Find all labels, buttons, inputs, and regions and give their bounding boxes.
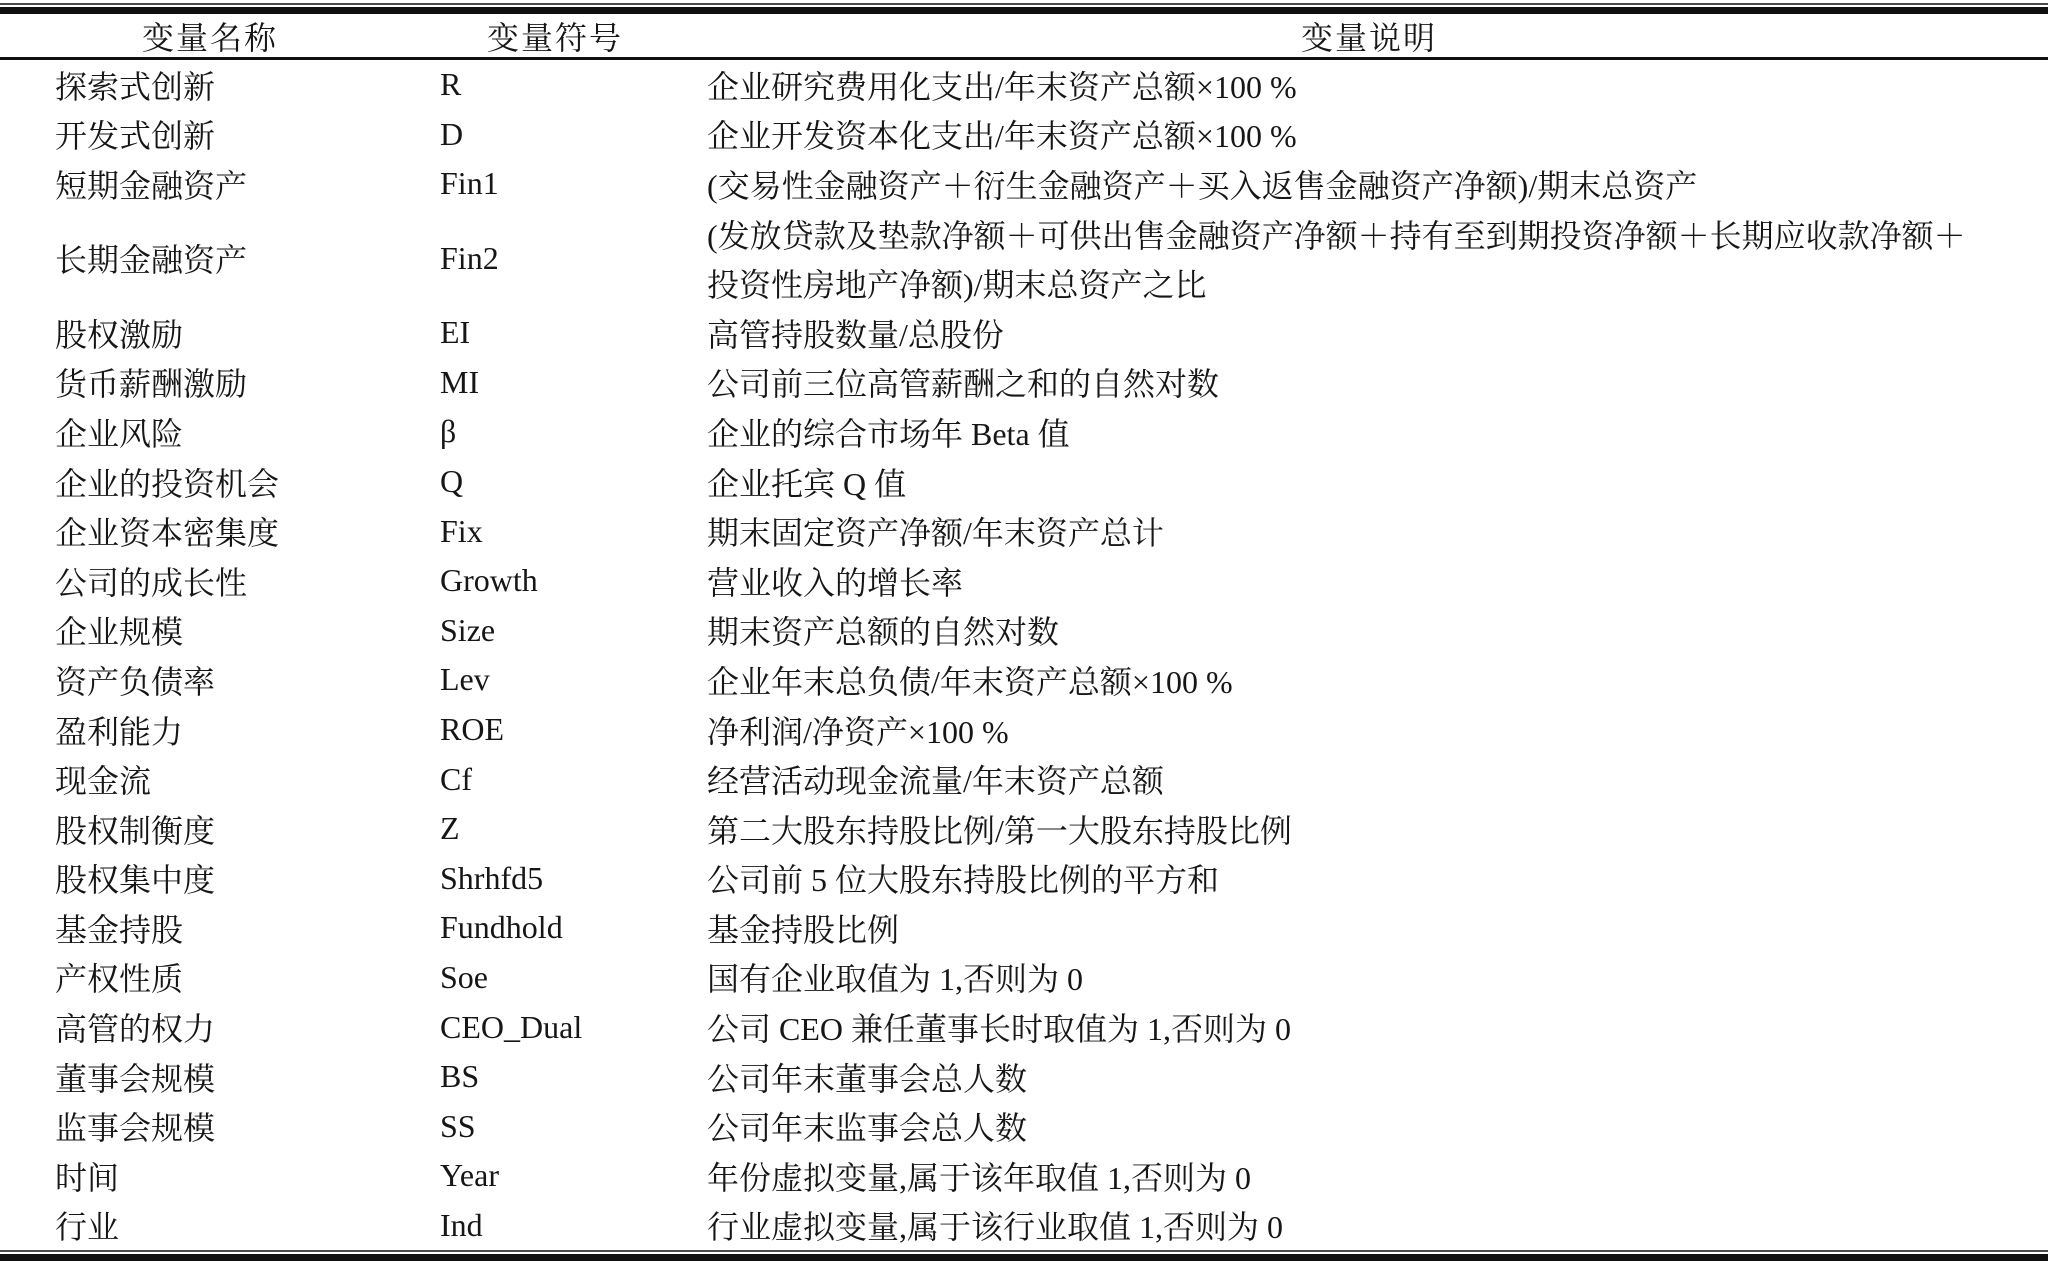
variable-name: 基金持股	[0, 905, 420, 951]
variable-definition-table-page: 变量名称 变量符号 变量说明 探索式创新 R 企业研究费用化支出/年末资产总额×…	[0, 0, 2048, 1264]
variable-description: 净利润/净资产×100 %	[690, 707, 2048, 753]
table-row: 长期金融资产 Fin2 (发放贷款及垫款净额＋可供出售金融资产净额＋持有至到期投…	[0, 209, 2048, 308]
variable-description: 企业研究费用化支出/年末资产总额×100 %	[690, 62, 2048, 108]
header-variable-name: 变量名称	[0, 13, 420, 59]
table-row: 股权激励 EI 高管持股数量/总股份	[0, 308, 2048, 358]
variable-symbol: Fin1	[420, 165, 690, 202]
variable-description: 年份虚拟变量,属于该年取值 1,否则为 0	[690, 1153, 2048, 1199]
variable-description: 公司年末董事会总人数	[690, 1054, 2048, 1100]
variable-description: 营业收入的增长率	[690, 558, 2048, 604]
table-row: 公司的成长性 Growth 营业收入的增长率	[0, 556, 2048, 606]
variable-name: 高管的权力	[0, 1004, 420, 1050]
variable-name: 公司的成长性	[0, 558, 420, 604]
table-row: 探索式创新 R 企业研究费用化支出/年末资产总额×100 %	[0, 60, 2048, 110]
table-row: 基金持股 Fundhold 基金持股比例	[0, 903, 2048, 953]
variable-symbol: Fin2	[420, 240, 690, 277]
variable-symbol: Size	[420, 612, 690, 649]
variable-description: 期末固定资产净额/年末资产总计	[690, 508, 2048, 554]
variable-description: 公司年末监事会总人数	[690, 1103, 2048, 1149]
table-row: 董事会规模 BS 公司年末董事会总人数	[0, 1052, 2048, 1102]
table-row: 时间 Year 年份虚拟变量,属于该年取值 1,否则为 0	[0, 1151, 2048, 1201]
variable-description: 第二大股东持股比例/第一大股东持股比例	[690, 806, 2048, 852]
bottom-thick-line	[0, 1254, 2048, 1261]
variable-description: (发放贷款及垫款净额＋可供出售金融资产净额＋持有至到期投资净额＋长期应收款净额＋…	[690, 209, 2048, 308]
variable-description: 期末资产总额的自然对数	[690, 607, 2048, 653]
table-row: 盈利能力 ROE 净利润/净资产×100 %	[0, 705, 2048, 755]
variable-name: 时间	[0, 1153, 420, 1199]
variable-name: 企业规模	[0, 607, 420, 653]
description-line-1: (发放贷款及垫款净额＋可供出售金融资产净额＋持有至到期投资净额＋长期应收款净额＋	[707, 209, 2023, 259]
variable-name: 董事会规模	[0, 1054, 420, 1100]
variable-name: 资产负债率	[0, 657, 420, 703]
variable-name: 短期金融资产	[0, 161, 420, 207]
header-variable-symbol: 变量符号	[420, 13, 690, 59]
variable-description: 公司前 5 位大股东持股比例的平方和	[690, 855, 2048, 901]
variable-name: 股权制衡度	[0, 806, 420, 852]
variable-symbol: Fundhold	[420, 909, 690, 946]
variable-name: 企业的投资机会	[0, 459, 420, 505]
variable-name: 长期金融资产	[0, 235, 420, 281]
variable-name: 产权性质	[0, 954, 420, 1000]
table-row: 现金流 Cf 经营活动现金流量/年末资产总额	[0, 754, 2048, 804]
variable-description: 企业开发资本化支出/年末资产总额×100 %	[690, 111, 2048, 157]
variable-description: 经营活动现金流量/年末资产总额	[690, 756, 2048, 802]
variable-symbol: MI	[420, 364, 690, 401]
variable-description: (交易性金融资产＋衍生金融资产＋买入返售金融资产净额)/期末总资产	[690, 161, 2048, 207]
table-row: 股权制衡度 Z 第二大股东持股比例/第一大股东持股比例	[0, 804, 2048, 854]
table-row: 短期金融资产 Fin1 (交易性金融资产＋衍生金融资产＋买入返售金融资产净额)/…	[0, 159, 2048, 209]
variable-name: 企业风险	[0, 409, 420, 455]
variable-symbol: BS	[420, 1058, 690, 1095]
variable-symbol: β	[420, 413, 690, 450]
variable-name: 行业	[0, 1202, 420, 1248]
variable-name: 探索式创新	[0, 62, 420, 108]
variable-symbol: ROE	[420, 711, 690, 748]
table-row: 股权集中度 Shrhfd5 公司前 5 位大股东持股比例的平方和	[0, 854, 2048, 904]
variable-symbol: Growth	[420, 562, 690, 599]
variable-description: 企业的综合市场年 Beta 值	[690, 409, 2048, 455]
variable-name: 股权激励	[0, 310, 420, 356]
table-row: 企业的投资机会 Q 企业托宾 Q 值	[0, 457, 2048, 507]
table-row: 企业资本密集度 Fix 期末固定资产净额/年末资产总计	[0, 506, 2048, 556]
table-row: 开发式创新 D 企业开发资本化支出/年末资产总额×100 %	[0, 110, 2048, 160]
table-row: 货币薪酬激励 MI 公司前三位高管薪酬之和的自然对数	[0, 358, 2048, 408]
table-header-row: 变量名称 变量符号 变量说明	[0, 14, 2048, 57]
variable-name: 企业资本密集度	[0, 508, 420, 554]
table-body: 探索式创新 R 企业研究费用化支出/年末资产总额×100 % 开发式创新 D 企…	[0, 60, 2048, 1250]
variable-description: 行业虚拟变量,属于该行业取值 1,否则为 0	[690, 1202, 2048, 1248]
table-row: 产权性质 Soe 国有企业取值为 1,否则为 0	[0, 953, 2048, 1003]
table-row: 高管的权力 CEO_Dual 公司 CEO 兼任董事长时取值为 1,否则为 0	[0, 1002, 2048, 1052]
table-row: 企业规模 Size 期末资产总额的自然对数	[0, 606, 2048, 656]
variable-symbol: Q	[420, 463, 690, 500]
table-row: 监事会规模 SS 公司年末监事会总人数	[0, 1101, 2048, 1151]
variable-symbol: Ind	[420, 1207, 690, 1244]
variable-symbol: D	[420, 116, 690, 153]
table-row: 企业风险 β 企业的综合市场年 Beta 值	[0, 407, 2048, 457]
variable-symbol: Lev	[420, 661, 690, 698]
variable-symbol: Year	[420, 1157, 690, 1194]
variable-description: 公司 CEO 兼任董事长时取值为 1,否则为 0	[690, 1004, 2048, 1050]
variable-symbol: Fix	[420, 513, 690, 550]
variable-description: 基金持股比例	[690, 905, 2048, 951]
variable-name: 开发式创新	[0, 111, 420, 157]
variable-name: 盈利能力	[0, 707, 420, 753]
description-line-2: 投资性房地产净额)/期末总资产之比	[707, 258, 2023, 308]
variable-description: 企业托宾 Q 值	[690, 459, 2048, 505]
variable-description: 公司前三位高管薪酬之和的自然对数	[690, 359, 2048, 405]
table-row: 资产负债率 Lev 企业年末总负债/年末资产总额×100 %	[0, 655, 2048, 705]
variable-symbol: Cf	[420, 761, 690, 798]
variable-name: 货币薪酬激励	[0, 359, 420, 405]
variable-name: 监事会规模	[0, 1103, 420, 1149]
variable-name: 股权集中度	[0, 855, 420, 901]
header-variable-description: 变量说明	[690, 13, 2048, 59]
variable-description: 国有企业取值为 1,否则为 0	[690, 954, 2048, 1000]
table-bottom-rule	[0, 1250, 2048, 1261]
variable-symbol: SS	[420, 1108, 690, 1145]
variable-symbol: Z	[420, 810, 690, 847]
variable-symbol: CEO_Dual	[420, 1009, 690, 1046]
table-row: 行业 Ind 行业虚拟变量,属于该行业取值 1,否则为 0	[0, 1201, 2048, 1251]
variable-symbol: R	[420, 66, 690, 103]
variable-symbol: Soe	[420, 959, 690, 996]
variable-description: 企业年末总负债/年末资产总额×100 %	[690, 657, 2048, 703]
variable-symbol: Shrhfd5	[420, 860, 690, 897]
variable-name: 现金流	[0, 756, 420, 802]
variable-symbol: EI	[420, 314, 690, 351]
variable-description: 高管持股数量/总股份	[690, 310, 2048, 356]
